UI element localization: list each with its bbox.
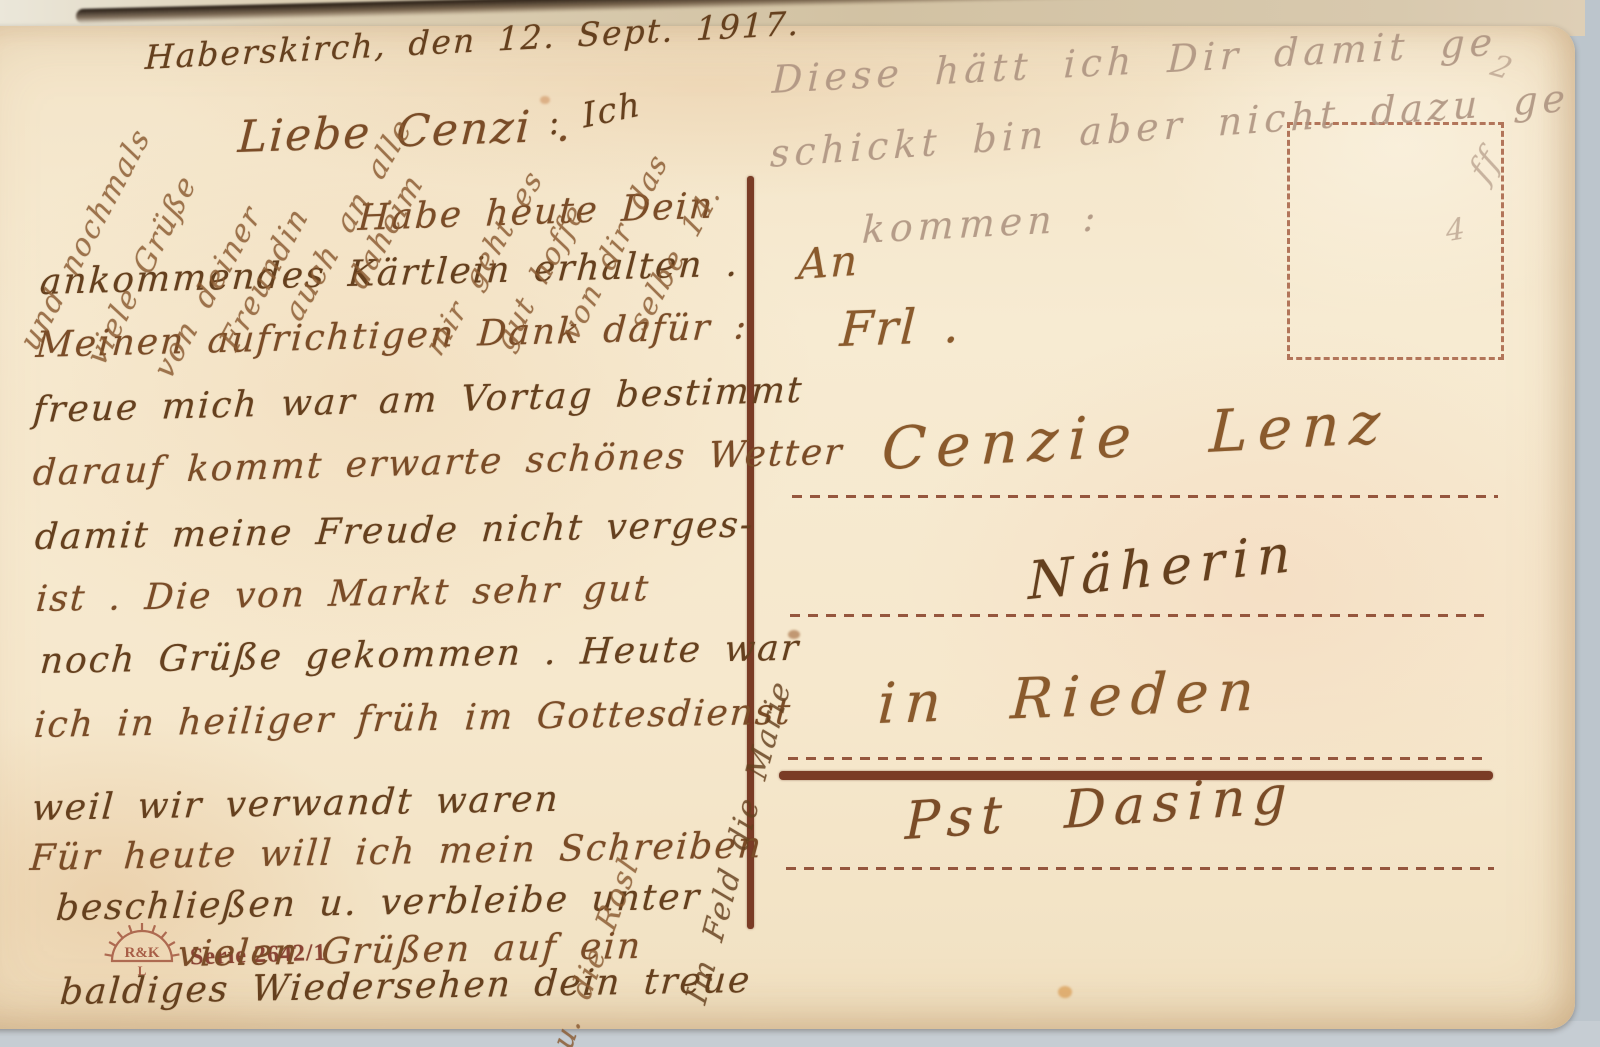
address-town: in Rieden [876, 658, 1264, 737]
fox-spot [1058, 986, 1072, 998]
address-line-3 [788, 757, 1488, 760]
address-an: An [798, 236, 860, 289]
address-line-4 [786, 867, 1494, 870]
address-title: Frl . [839, 298, 963, 358]
pencil-corner-mark: 4 [1444, 211, 1468, 250]
address-line-1 [792, 495, 1498, 498]
publisher-initials: R&K [125, 945, 160, 961]
postcard-scan: R&K L Serie 2642/1 Haberskirch, den 12. … [0, 0, 1600, 1047]
address-line-2 [790, 614, 1490, 617]
